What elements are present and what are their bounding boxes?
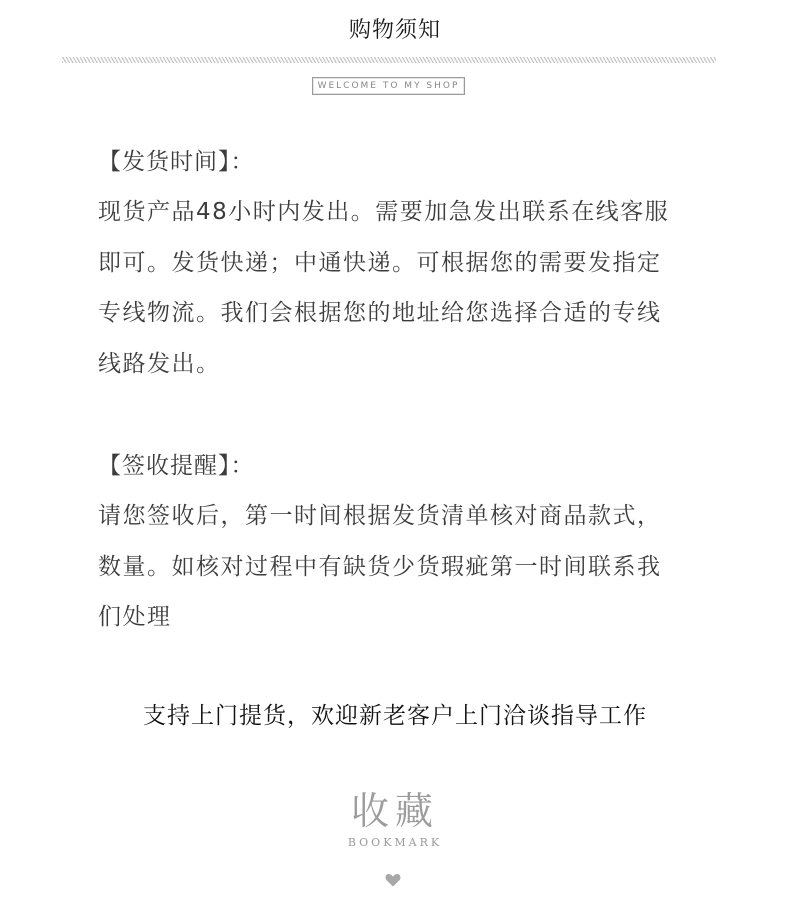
- welcome-badge: WELCOME TO MY SHOP: [312, 77, 465, 95]
- receipt-reminder-section: 【签收提醒】： 请您签收后，第一时间根据发货清单核对商品款式， 数量。如核对过程…: [98, 441, 718, 643]
- shipping-time-line: 专线物流。我们会根据您的地址给您选择合适的专线: [98, 288, 718, 339]
- bookmark-label-en: BOOKMARK: [0, 836, 790, 849]
- receipt-reminder-line: 们处理: [98, 592, 718, 643]
- receipt-reminder-heading: 【签收提醒】：: [98, 441, 718, 491]
- bookmark-button[interactable]: 收藏 BOOKMARK: [0, 788, 790, 849]
- shipping-time-line: 现货产品48小时内发出。需要加急发出联系在线客服: [98, 187, 718, 238]
- receipt-reminder-line: 数量。如核对过程中有缺货少货瑕疵第一时间联系我: [98, 542, 718, 593]
- striped-divider: [62, 57, 716, 63]
- receipt-reminder-line: 请您签收后，第一时间根据发货清单核对商品款式，: [98, 491, 718, 542]
- shipping-time-heading: 【发货时间】：: [98, 137, 718, 187]
- shipping-time-section: 【发货时间】： 现货产品48小时内发出。需要加急发出联系在线客服 即可。发货快递…: [98, 137, 718, 389]
- page-title: 购物须知: [0, 13, 790, 44]
- shipping-time-line: 线路发出。: [98, 339, 718, 390]
- bookmark-label-cn: 收藏: [0, 788, 790, 834]
- heart-icon[interactable]: [385, 872, 401, 886]
- pickup-slogan: 支持上门提货，欢迎新老客户上门洽谈指导工作: [0, 697, 790, 730]
- shipping-time-line: 即可。发货快递；中通快递。可根据您的需要发指定: [98, 238, 718, 289]
